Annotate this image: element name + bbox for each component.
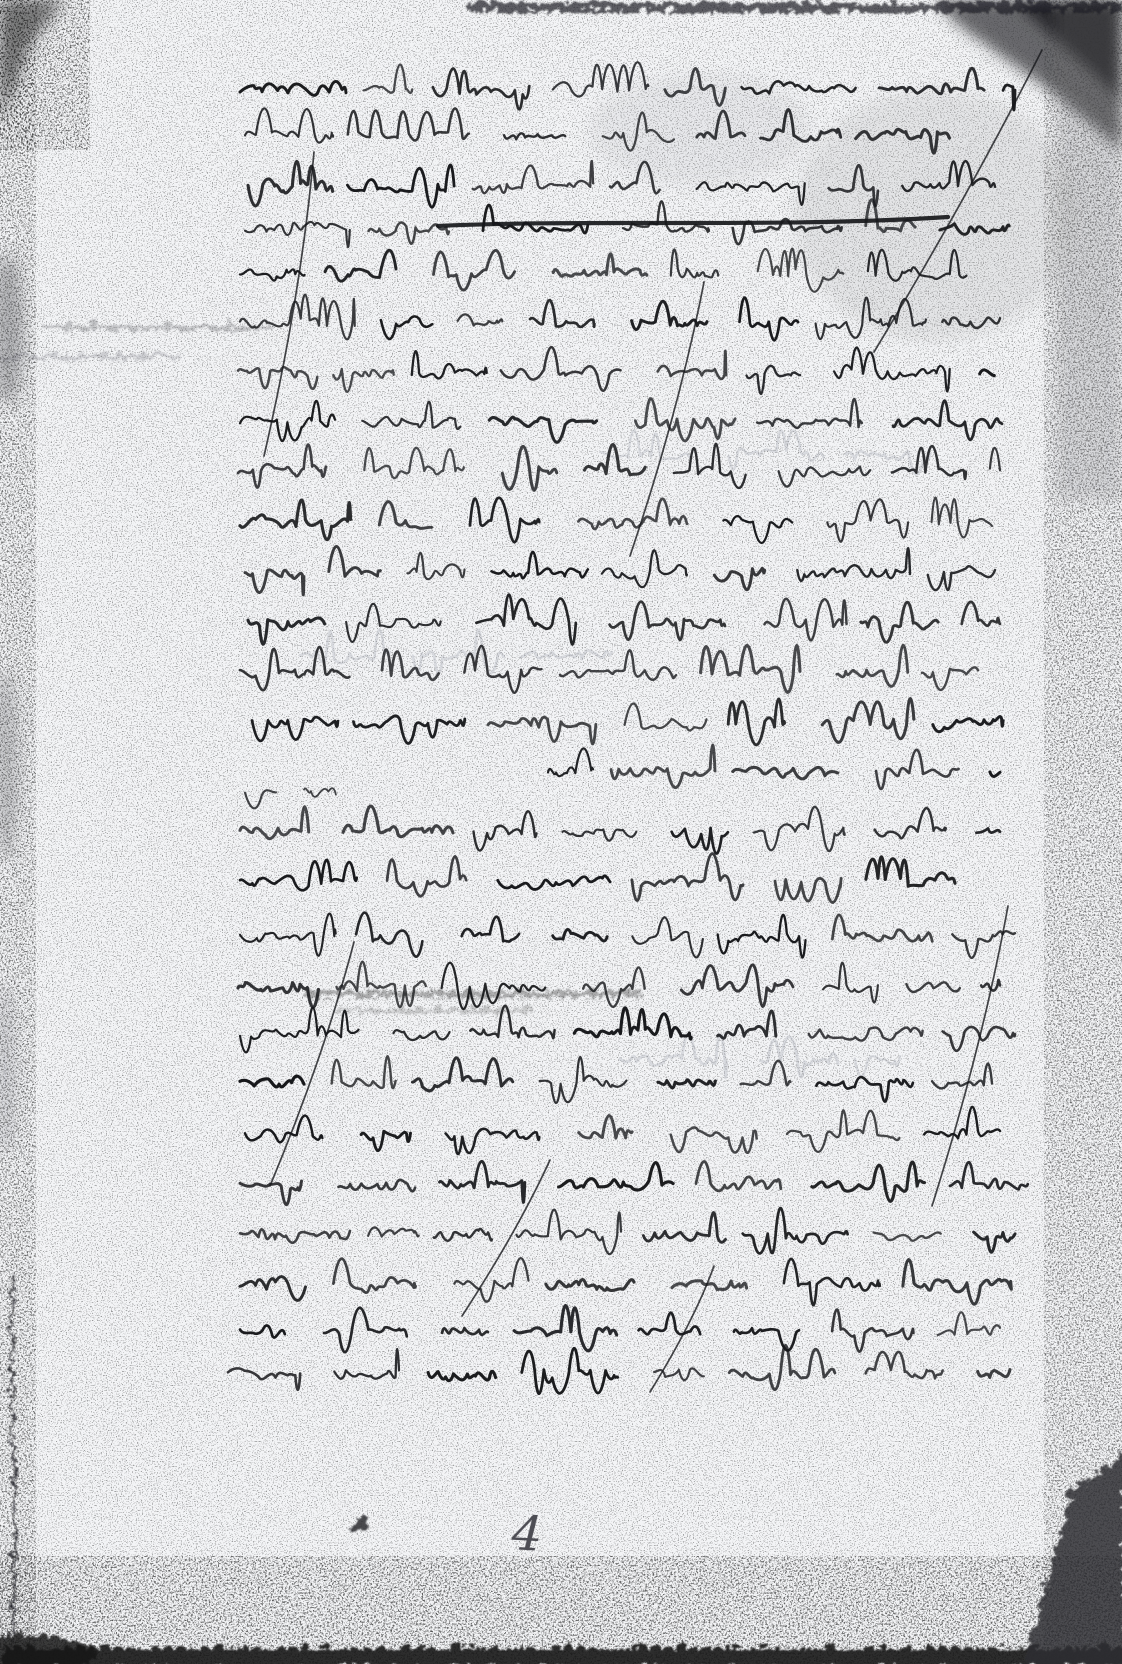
manuscript-page: 4 (0, 0, 1122, 1664)
smudge-streak-4 (330, 1006, 530, 1010)
ink-blot (351, 1516, 363, 1528)
smudge-streak-2 (0, 352, 180, 356)
top-edge-band (470, 0, 1122, 9)
page-number: 4 (509, 1505, 543, 1563)
bottom-edge-band (0, 1645, 1122, 1664)
gray-cloud-upper-right (795, 90, 1075, 340)
scan-svg: 4 (0, 0, 1122, 1664)
smudge-streak-1 (40, 322, 270, 327)
